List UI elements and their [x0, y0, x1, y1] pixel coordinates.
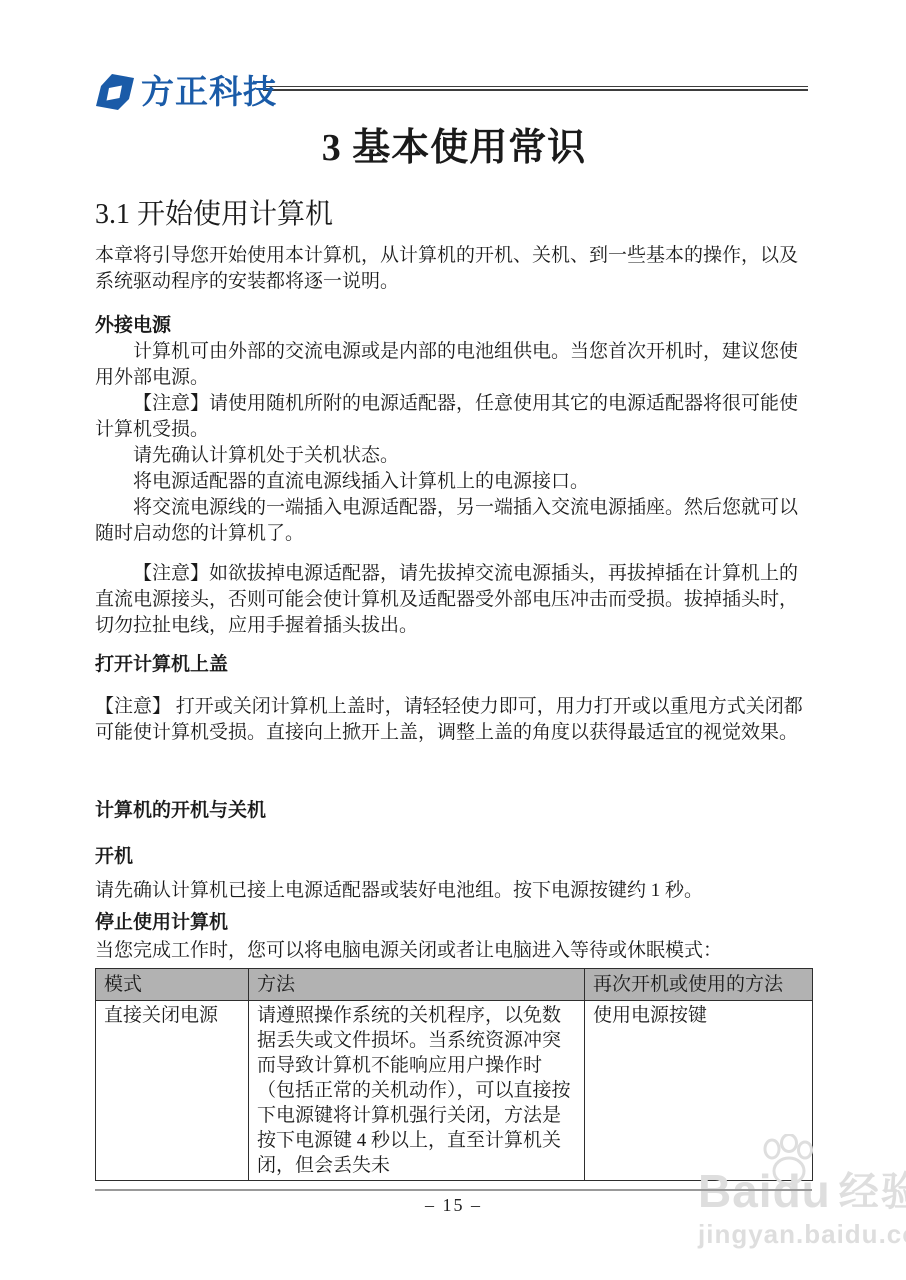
section-heading: 3.1 开始使用计算机 — [95, 196, 813, 234]
power-section-heading: 计算机的开机与关机 — [95, 798, 813, 824]
founder-logo: 方正科技 — [95, 72, 277, 112]
page-number: – 15 – — [95, 1195, 812, 1216]
table-header-row: 模式 方法 再次开机或使用的方法 — [96, 969, 813, 1001]
shutdown-modes-table: 模式 方法 再次开机或使用的方法 直接关闭电源 请遵照操作系统的关机程序，以免数… — [95, 968, 813, 1181]
power-on-heading: 开机 — [95, 844, 813, 870]
external-power-heading: 外接电源 — [95, 313, 813, 339]
logo-text: 方正科技 — [141, 73, 277, 111]
table-header-mode: 模式 — [96, 969, 249, 1001]
cell-method: 请遵照操作系统的关机程序，以免数据丢失或文件损坏。当系统资源冲突而导致计算机不能… — [249, 1001, 585, 1181]
table-row: 直接关闭电源 请遵照操作系统的关机程序，以免数据丢失或文件损坏。当系统资源冲突而… — [96, 1001, 813, 1181]
footer-rule — [95, 1189, 812, 1191]
open-lid-heading: 打开计算机上盖 — [95, 652, 813, 678]
intro-paragraph: 本章将引导您开始使用本计算机，从计算机的开机、关机、到一些基本的操作，以及系统驱… — [95, 243, 813, 295]
manual-page: 方正科技 Baidu 经验 jingyan.baidu.com 3 基本使用常识 — [0, 0, 906, 1280]
open-lid-note: 【注意】 打开或关闭计算机上盖时，请轻轻使力即可，用力打开或以重甩方式关闭都可能… — [95, 694, 813, 746]
cell-mode: 直接关闭电源 — [96, 1001, 249, 1181]
power-on-text: 请先确认计算机已接上电源适配器或装好电池组。按下电源按键约 1 秒。 — [95, 878, 813, 904]
external-power-step2: 将电源适配器的直流电源线插入计算机上的电源接口。 — [95, 469, 813, 495]
page-title: 3 基本使用常识 — [95, 122, 813, 174]
table-header-restart: 再次开机或使用的方法 — [585, 969, 813, 1001]
stop-text: 当您完成工作时，您可以将电脑电源关闭或者让电脑进入等待或休眠模式： — [95, 938, 813, 964]
founder-logo-icon — [95, 72, 135, 112]
paw-icon — [758, 1134, 816, 1193]
stop-heading: 停止使用计算机 — [95, 910, 813, 936]
header-rule — [263, 86, 808, 91]
content-column: 3 基本使用常识 3.1 开始使用计算机 本章将引导您开始使用本计算机，从计算机… — [95, 0, 813, 1181]
external-power-note1: 【注意】请使用随机所附的电源适配器，任意使用其它的电源适配器将很可能使计算机受损… — [95, 391, 813, 443]
external-power-step1: 请先确认计算机处于关机状态。 — [95, 443, 813, 469]
watermark-suffix: 经验 — [839, 1170, 906, 1214]
external-power-step3: 将交流电源线的一端插入电源适配器，另一端插入交流电源插座。然后您就可以随时启动您… — [95, 495, 813, 547]
table-header-method: 方法 — [249, 969, 585, 1001]
external-power-p1: 计算机可由外部的交流电源或是内部的电池组供电。当您首次开机时，建议您使用外部电源… — [95, 339, 813, 391]
external-power-note2: 【注意】如欲拔掉电源适配器，请先拔掉交流电源插头，再拔掉插在计算机上的直流电源接… — [95, 561, 813, 639]
watermark-domain: jingyan.baidu.com — [698, 1220, 906, 1248]
